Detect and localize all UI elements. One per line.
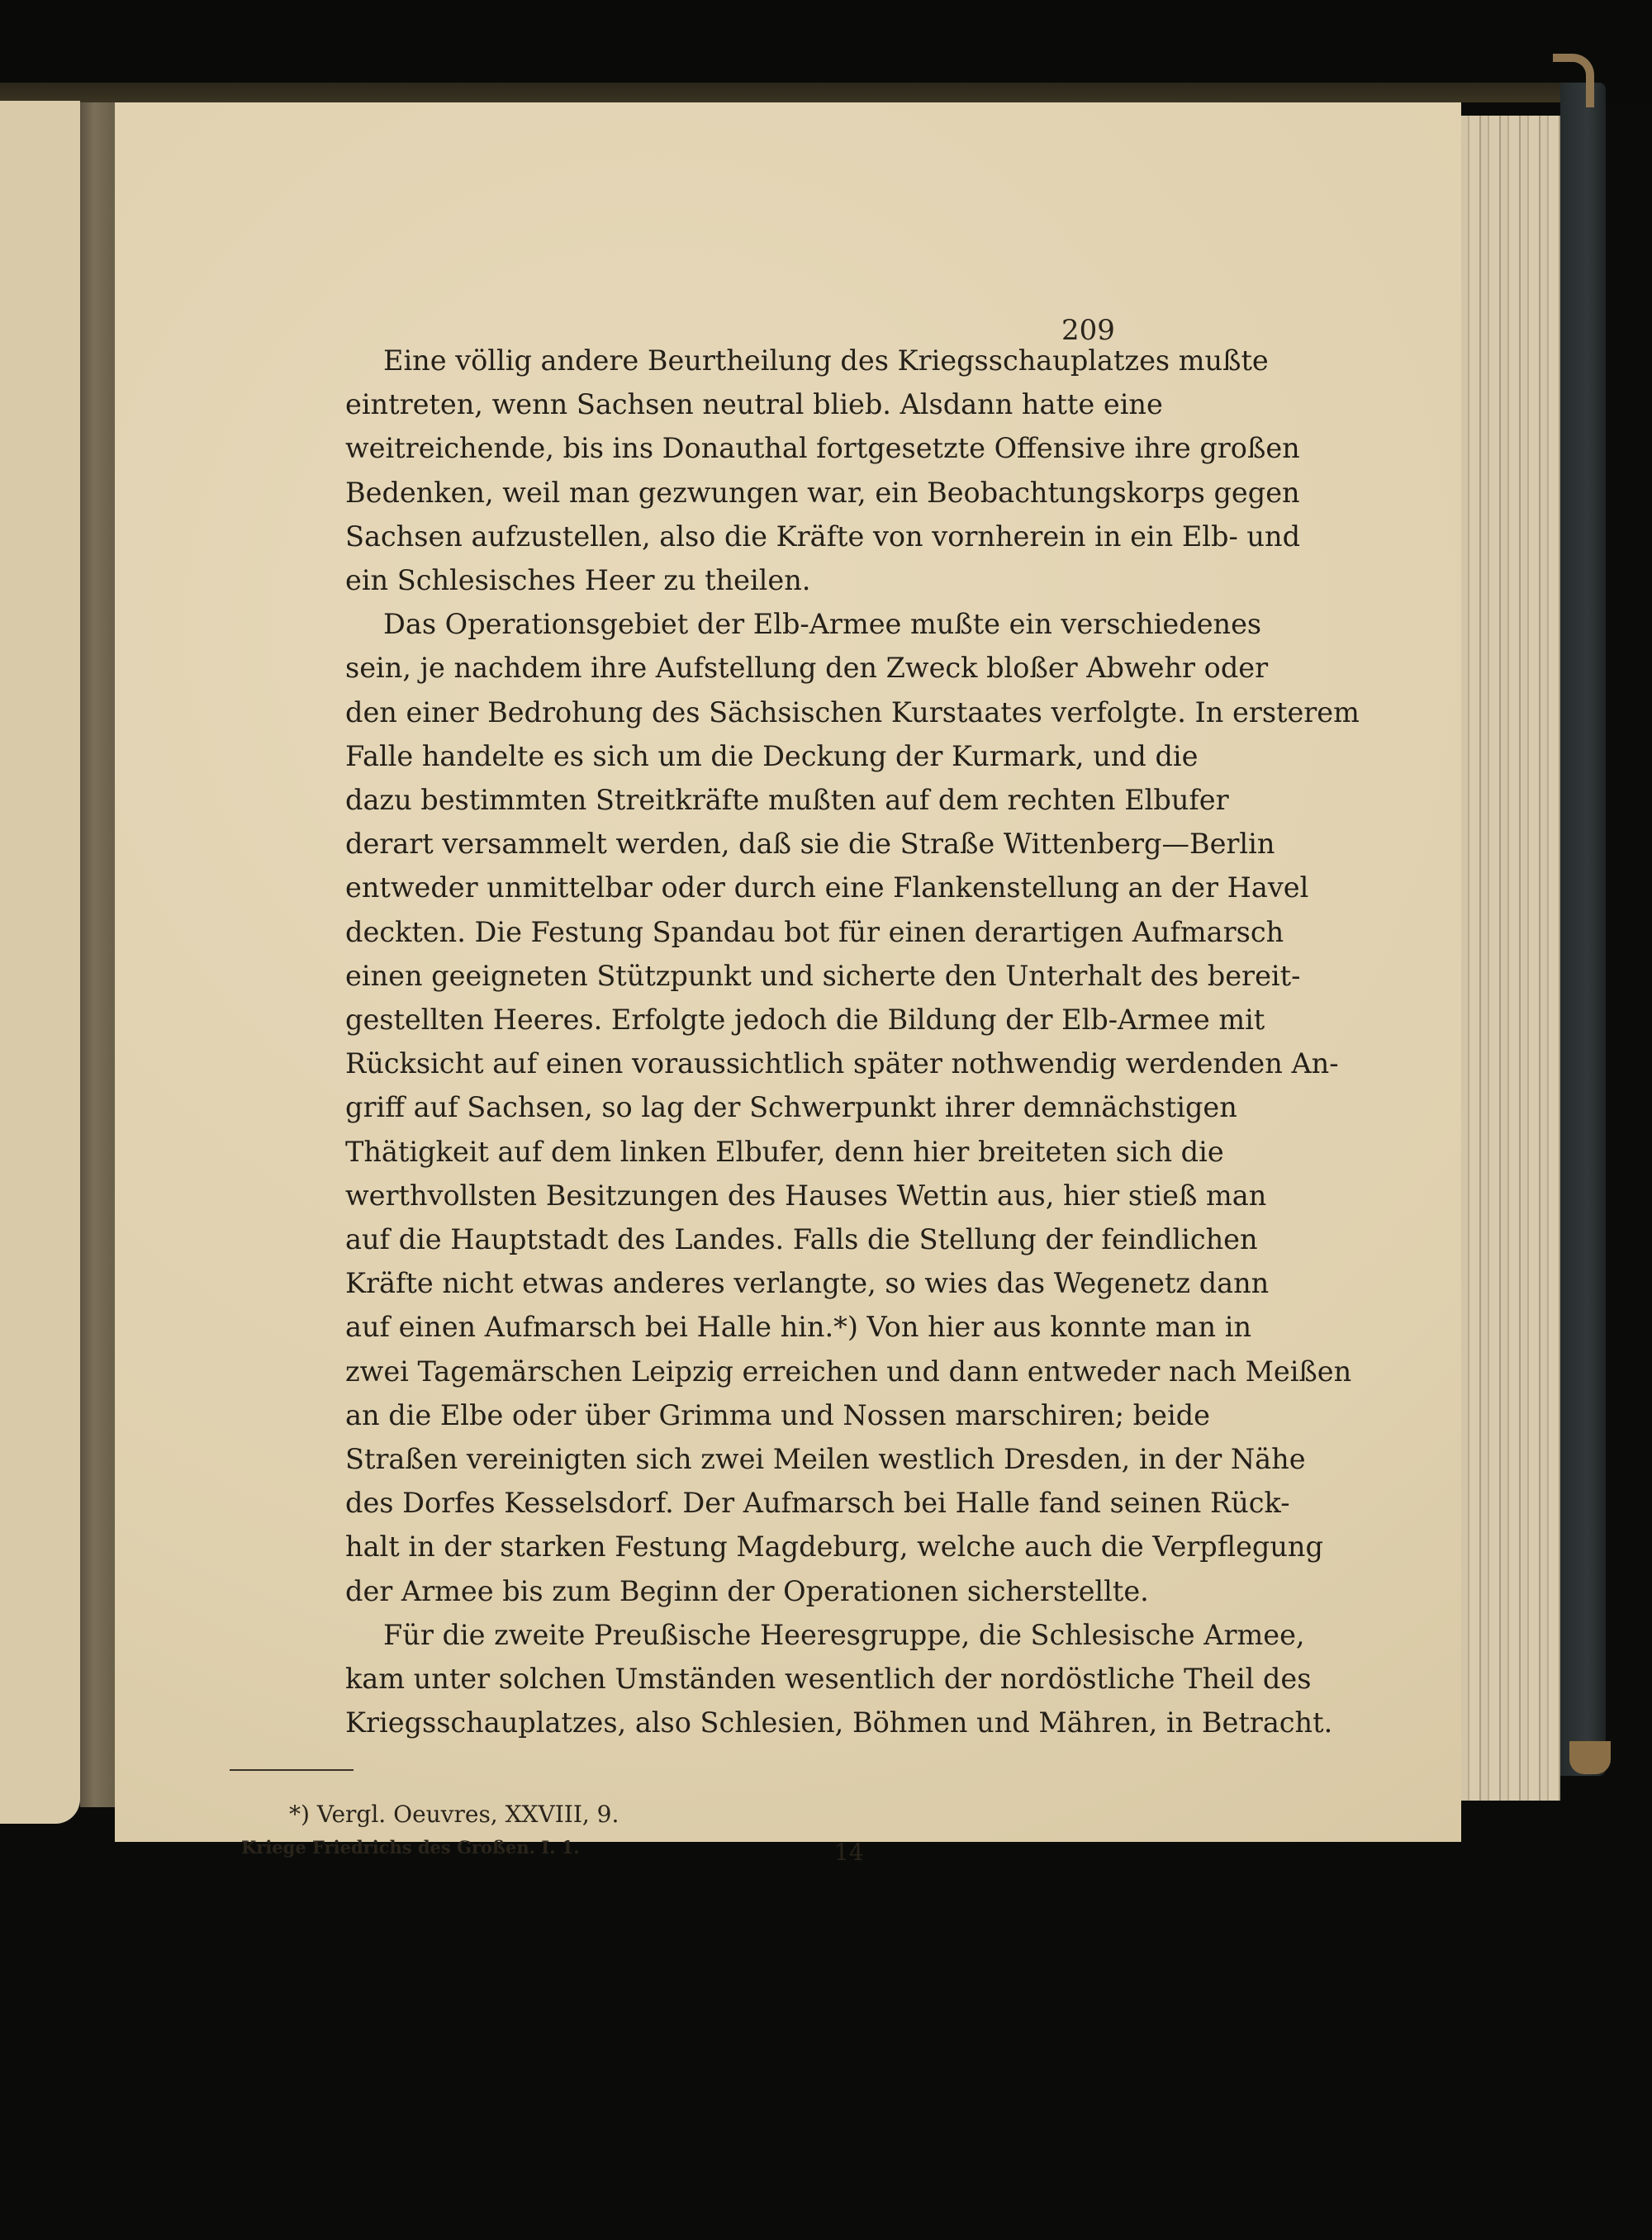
book-cover-right <box>1560 83 1606 1776</box>
text-line: Falle handelte es sich um die Deckung de… <box>345 734 1122 778</box>
footnote: *) Vergl. Oeuvres, XXVIII, 9. <box>289 1801 619 1828</box>
text-line: Thätigkeit auf dem linken Elbufer, denn … <box>345 1130 1122 1174</box>
text-line: an die Elbe oder über Grimma und Nossen … <box>345 1393 1122 1437</box>
text-line: auf die Hauptstadt des Landes. Falls die… <box>345 1217 1122 1261</box>
text-line: halt in der starken Festung Magdeburg, w… <box>345 1525 1122 1568</box>
cover-corner-top <box>1553 54 1594 107</box>
body-text: Eine völlig andere Beurtheilung des Krie… <box>345 339 1122 1745</box>
text-line: Das Operationsgebiet der Elb-Armee mußte… <box>345 602 1122 646</box>
text-line: entweder unmittelbar oder durch eine Fla… <box>345 866 1122 909</box>
text-line: Sachsen aufzustellen, also die Kräfte vo… <box>345 515 1122 558</box>
page-stack-edge <box>1461 116 1560 1801</box>
text-line: zwei Tagemärschen Leipzig erreichen und … <box>345 1350 1122 1393</box>
text-line: sein, je nachdem ihre Aufstellung den Zw… <box>345 646 1122 690</box>
text-line: kam unter solchen Umständen wesentlich d… <box>345 1657 1122 1701</box>
text-line: Bedenken, weil man gezwungen war, ein Be… <box>345 471 1122 515</box>
text-line: weitreichende, bis ins Donauthal fortges… <box>345 426 1122 470</box>
text-line: griff auf Sachsen, so lag der Schwerpunk… <box>345 1085 1122 1129</box>
text-line: Straßen vereinigten sich zwei Meilen wes… <box>345 1437 1122 1481</box>
text-line: derart versammelt werden, daß sie die St… <box>345 822 1122 866</box>
text-line: der Armee bis zum Beginn der Operationen… <box>345 1569 1122 1613</box>
footnote-divider <box>230 1769 354 1771</box>
text-line: auf einen Aufmarsch bei Halle hin.*) Von… <box>345 1305 1122 1349</box>
text-line: werthvollsten Besitzungen des Hauses Wet… <box>345 1174 1122 1217</box>
text-line: den einer Bedrohung des Sächsischen Kurs… <box>345 691 1122 734</box>
text-line: Kriegsschauplatzes, also Schlesien, Böhm… <box>345 1701 1122 1744</box>
left-page-edge <box>0 101 80 1824</box>
signature-number: 14 <box>834 1839 864 1866</box>
text-line: gestellten Heeres. Erfolgte jedoch die B… <box>345 998 1122 1042</box>
signature-line: Kriege Friedrichs des Großen. I. 1. <box>241 1837 580 1858</box>
text-line: einen geeigneten Stützpunkt und sicherte… <box>345 954 1122 998</box>
text-line: deckten. Die Festung Spandau bot für ein… <box>345 910 1122 954</box>
cover-corner-bottom <box>1569 1741 1611 1774</box>
text-line: Eine völlig andere Beurtheilung des Krie… <box>345 339 1122 382</box>
text-line: ein Schlesisches Heer zu theilen. <box>345 558 1122 602</box>
text-line: eintreten, wenn Sachsen neutral blieb. A… <box>345 382 1122 426</box>
text-line: Kräfte nicht etwas anderes verlangte, so… <box>345 1261 1122 1305</box>
text-line: Rücksicht auf einen voraussichtlich spät… <box>345 1042 1122 1085</box>
text-line: des Dorfes Kesselsdorf. Der Aufmarsch be… <box>345 1481 1122 1525</box>
book-top-edge <box>0 83 1569 102</box>
text-line: Für die zweite Preußische Heeresgruppe, … <box>345 1613 1122 1657</box>
book-gutter <box>80 102 115 1807</box>
background-cloth-bottom <box>0 1842 1652 2240</box>
text-line: dazu bestimmten Streitkräfte mußten auf … <box>345 778 1122 822</box>
